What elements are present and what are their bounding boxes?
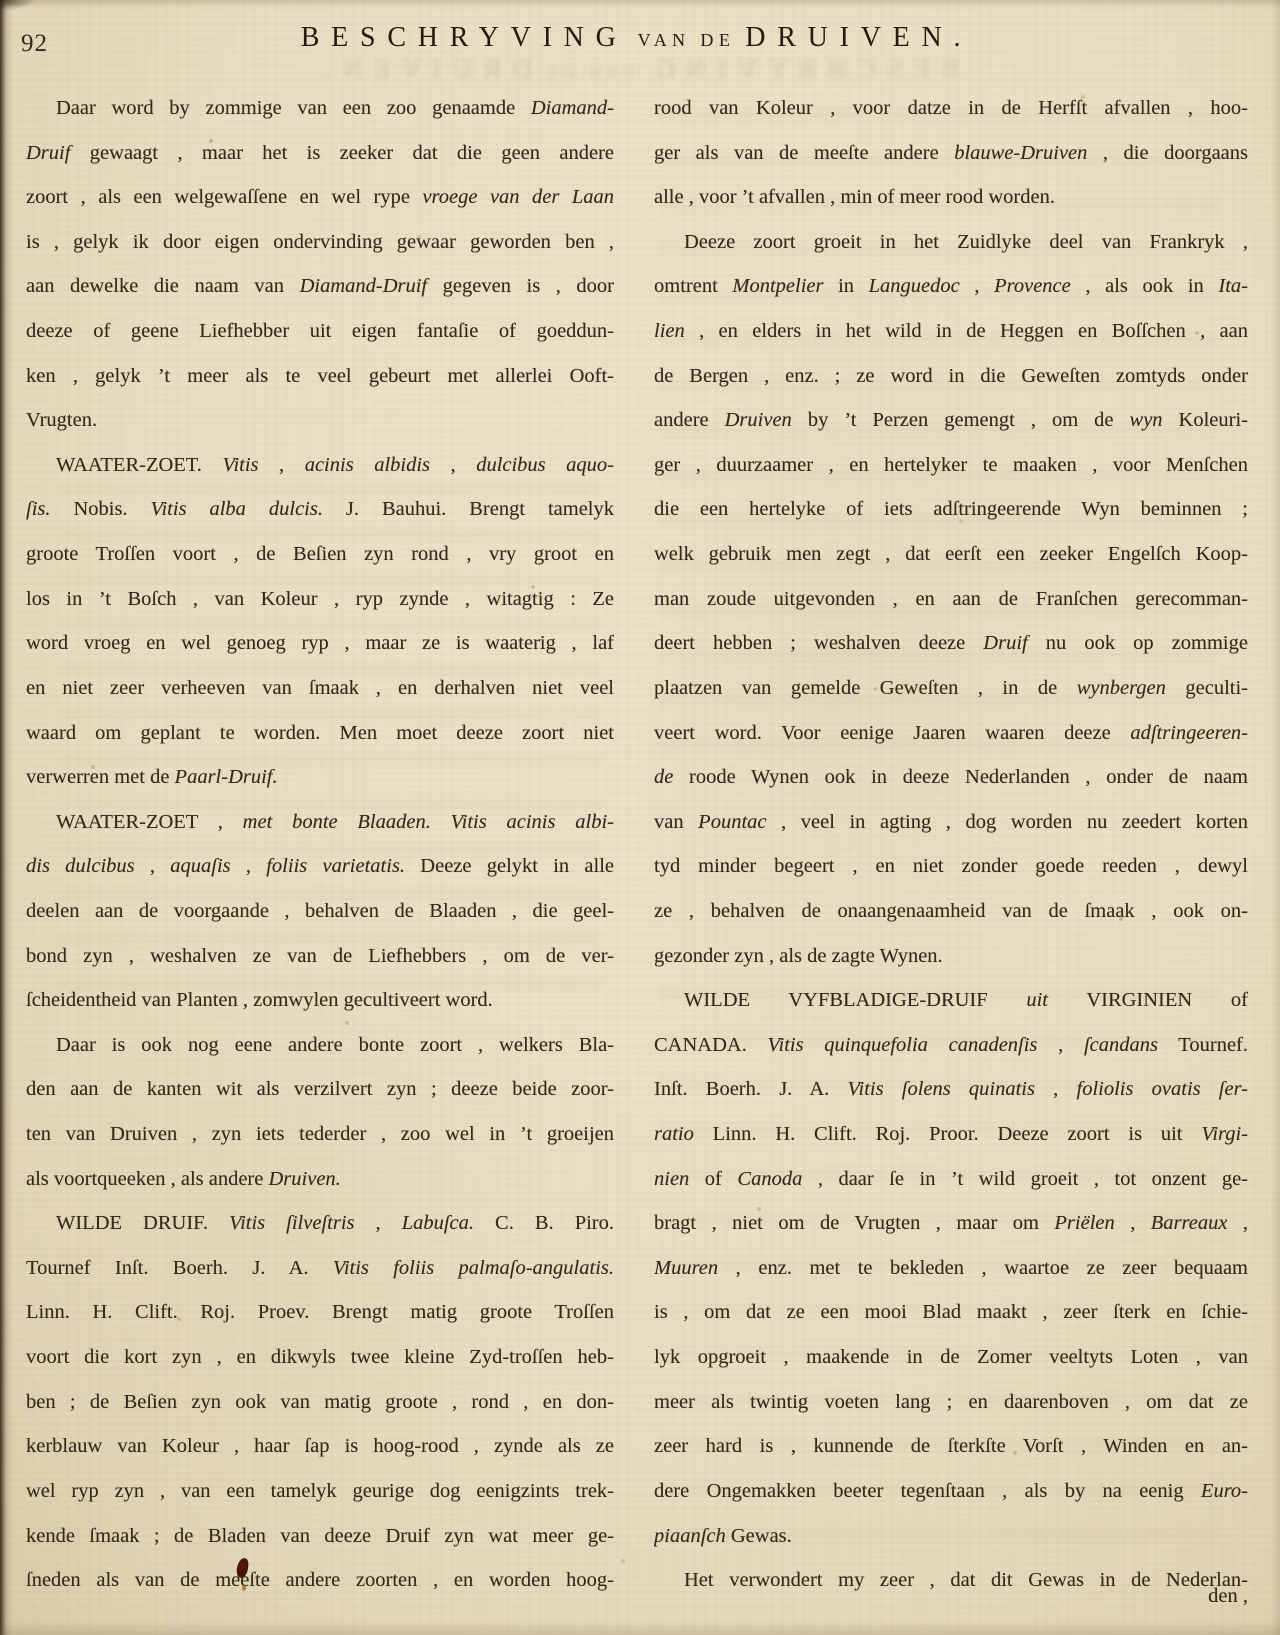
text-line: van Pountac , veel in agting , dog worde…	[654, 800, 1248, 845]
text-line: ken , gelyk ’t meer als te veel gebeurt …	[26, 354, 614, 399]
page-edge-right	[1270, 0, 1280, 1635]
text-line: welk gebruik men zegt , dat eerſt een ze…	[654, 532, 1248, 577]
title-show-through: BESCHRYVINGVAN DEDRUIVEN.	[25, 54, 1248, 85]
text-line: meer als twintig voeten lang ; en daaren…	[654, 1380, 1248, 1425]
text-line: ratio Linn. H. Clift. Roj. Proor. Deeze …	[654, 1112, 1248, 1157]
text-line: ſis. Nobis. Vitis alba dulcis. J. Bauhui…	[26, 487, 614, 532]
page-edge-top	[0, 0, 1280, 8]
text-line: de Bergen , enz. ; ze word in die Geweſt…	[654, 354, 1248, 399]
text-line: bragt , niet om de Vrugten , maar om Pri…	[654, 1201, 1248, 1246]
text-line: tyd minder begeert , en niet zonder goed…	[654, 844, 1248, 889]
text-line: WAATER-ZOET. Vitis , acinis albidis , du…	[26, 443, 614, 488]
running-header-word: DRUIVEN.	[745, 22, 972, 53]
text-line: de roode Wynen ook in deeze Nederlanden …	[654, 755, 1248, 800]
page-corner-mark	[0, 0, 34, 10]
text-line: andere Druiven by ’t Perzen gemengt , om…	[654, 398, 1248, 443]
text-line: Linn. H. Clift. Roj. Proev. Brengt matig…	[26, 1290, 614, 1335]
text-line: deeze of geene Liefhebber uit eigen fant…	[26, 309, 614, 354]
text-line: waard om geplant te worden. Men moet dee…	[26, 711, 614, 756]
text-column-left: Daar word by zommige van een zoo genaamd…	[26, 86, 614, 1603]
text-line: ze , behalven de onaangenaamheid van de …	[654, 889, 1248, 934]
text-line: ten van Druiven , zyn iets tederder , zo…	[26, 1112, 614, 1157]
text-line: den aan de kanten wit als verzilvert zyn…	[26, 1067, 614, 1112]
text-line: zoort , als een welgewaſſene en wel rype…	[26, 175, 614, 220]
text-line: is , om dat ze een mooi Blad maakt , zee…	[654, 1290, 1248, 1335]
text-line: man zoude uitgevonden , en aan de Franſc…	[654, 577, 1248, 622]
text-line: voort die kort zyn , en dikwyls twee kle…	[26, 1335, 614, 1380]
text-line: ger als van de meeſte andere blauwe-Drui…	[654, 131, 1248, 176]
text-line: dere Ongemakken beeter tegenſtaan , als …	[654, 1469, 1248, 1514]
text-line: Tournef Inſt. Boerh. J. A. Vitis foliis …	[26, 1246, 614, 1291]
text-line: deelen aan de voorgaande , behalven de B…	[26, 889, 614, 934]
book-page-scan: BESCHRYVINGVAN DEDRUIVEN. 92 BESCHRYVING…	[0, 0, 1280, 1635]
text-line: verwerren met de Paarl-Druif.	[26, 755, 614, 800]
text-line: en niet zeer verheeven van ſmaak , en de…	[26, 666, 614, 711]
text-line: die een hertelyke of iets adſtringeerend…	[654, 487, 1248, 532]
text-line: los in ’t Boſch , van Koleur , ryp zynde…	[26, 577, 614, 622]
text-column-right: rood van Koleur , voor datze in de Herfſ…	[654, 86, 1248, 1603]
text-line: veert word. Voor eenige Jaaren waaren de…	[654, 711, 1248, 756]
text-line: kerblauw van Koleur , haar ſap is hoog-r…	[26, 1424, 614, 1469]
running-header-word: BESCHRYVING	[301, 22, 628, 53]
text-line: gezonder zyn , als de zagte Wynen.	[654, 934, 1248, 979]
text-line: Vrugten.	[26, 398, 614, 443]
text-line: WAATER-ZOET , met bonte Blaaden. Vitis a…	[26, 800, 614, 845]
text-line: Deeze zoort groeit in het Zuidlyke deel …	[654, 220, 1248, 265]
text-line: kende ſmaak ; de Bladen van deeze Druif …	[26, 1514, 614, 1559]
catchword: den ,	[654, 1585, 1248, 1608]
running-header-word-small: VAN DE	[638, 30, 736, 50]
text-line: groote Troſſen voort , de Beſien zyn ron…	[26, 532, 614, 577]
text-line: ſneden als van de meeſte andere zoorten …	[26, 1558, 614, 1603]
text-line: is , gelyk ik door eigen ondervinding ge…	[26, 220, 614, 265]
text-line: dis dulcibus , aquaſis , foliis varietat…	[26, 844, 614, 889]
text-line: deert hebben ; weshalven deeze Druif nu …	[654, 621, 1248, 666]
page-edge-left	[0, 0, 12, 1635]
text-line: zeer hard is , kunnende de ſterkſte Vorſ…	[654, 1424, 1248, 1469]
text-line: piaanſch Gewas.	[654, 1514, 1248, 1559]
running-header: BESCHRYVINGVAN DEDRUIVEN.	[25, 22, 1248, 54]
text-line: alle , voor ’t afvallen , min of meer ro…	[654, 175, 1248, 220]
text-line: nien of Canoda , daar ſe in ’t wild groe…	[654, 1157, 1248, 1202]
text-line: rood van Koleur , voor datze in de Herfſ…	[654, 86, 1248, 131]
text-line: Druif gewaagt , maar het is zeeker dat d…	[26, 131, 614, 176]
text-line: aan dewelke die naam van Diamand-Druif g…	[26, 264, 614, 309]
text-line: Inſt. Boerh. J. A. Vitis ſolens quinatis…	[654, 1067, 1248, 1112]
text-line: Muuren , enz. met te bekleden , waartoe …	[654, 1246, 1248, 1291]
text-line: word vroeg en wel genoeg ryp , maar ze i…	[26, 621, 614, 666]
text-line: plaatzen van gemelde Geweſten , in de wy…	[654, 666, 1248, 711]
text-line: WILDE VYFBLADIGE-DRUIF uit VIRGINIEN of	[654, 978, 1248, 1023]
text-line: wel ryp zyn , van een tamelyk geurige do…	[26, 1469, 614, 1514]
text-line: lyk opgroeit , maakende in de Zomer veel…	[654, 1335, 1248, 1380]
text-line: ſcheidentheid van Planten , zomwylen gec…	[26, 978, 614, 1023]
text-line: bond zyn , weshalven ze van de Liefhebbe…	[26, 934, 614, 979]
text-line: Daar word by zommige van een zoo genaamd…	[26, 86, 614, 131]
page-edge-bottom	[0, 1621, 1280, 1635]
text-line: CANADA. Vitis quinquefolia canadenſis , …	[654, 1023, 1248, 1068]
text-line: lien , en elders in het wild in de Hegge…	[654, 309, 1248, 354]
text-line: WILDE DRUIF. Vitis ſilveſtris , Labuſca.…	[26, 1201, 614, 1246]
text-line: ger , duurzaamer , en hertelyker te maak…	[654, 443, 1248, 488]
text-line: ben ; de Beſien zyn ook van matig groote…	[26, 1380, 614, 1425]
text-line: als voortqueeken , als andere Druiven.	[26, 1157, 614, 1202]
ink-stain-drip	[242, 1584, 246, 1591]
text-line: omtrent Montpelier in Languedoc , Proven…	[654, 264, 1248, 309]
text-line: Daar is ook nog eene andere bonte zoort …	[26, 1023, 614, 1068]
